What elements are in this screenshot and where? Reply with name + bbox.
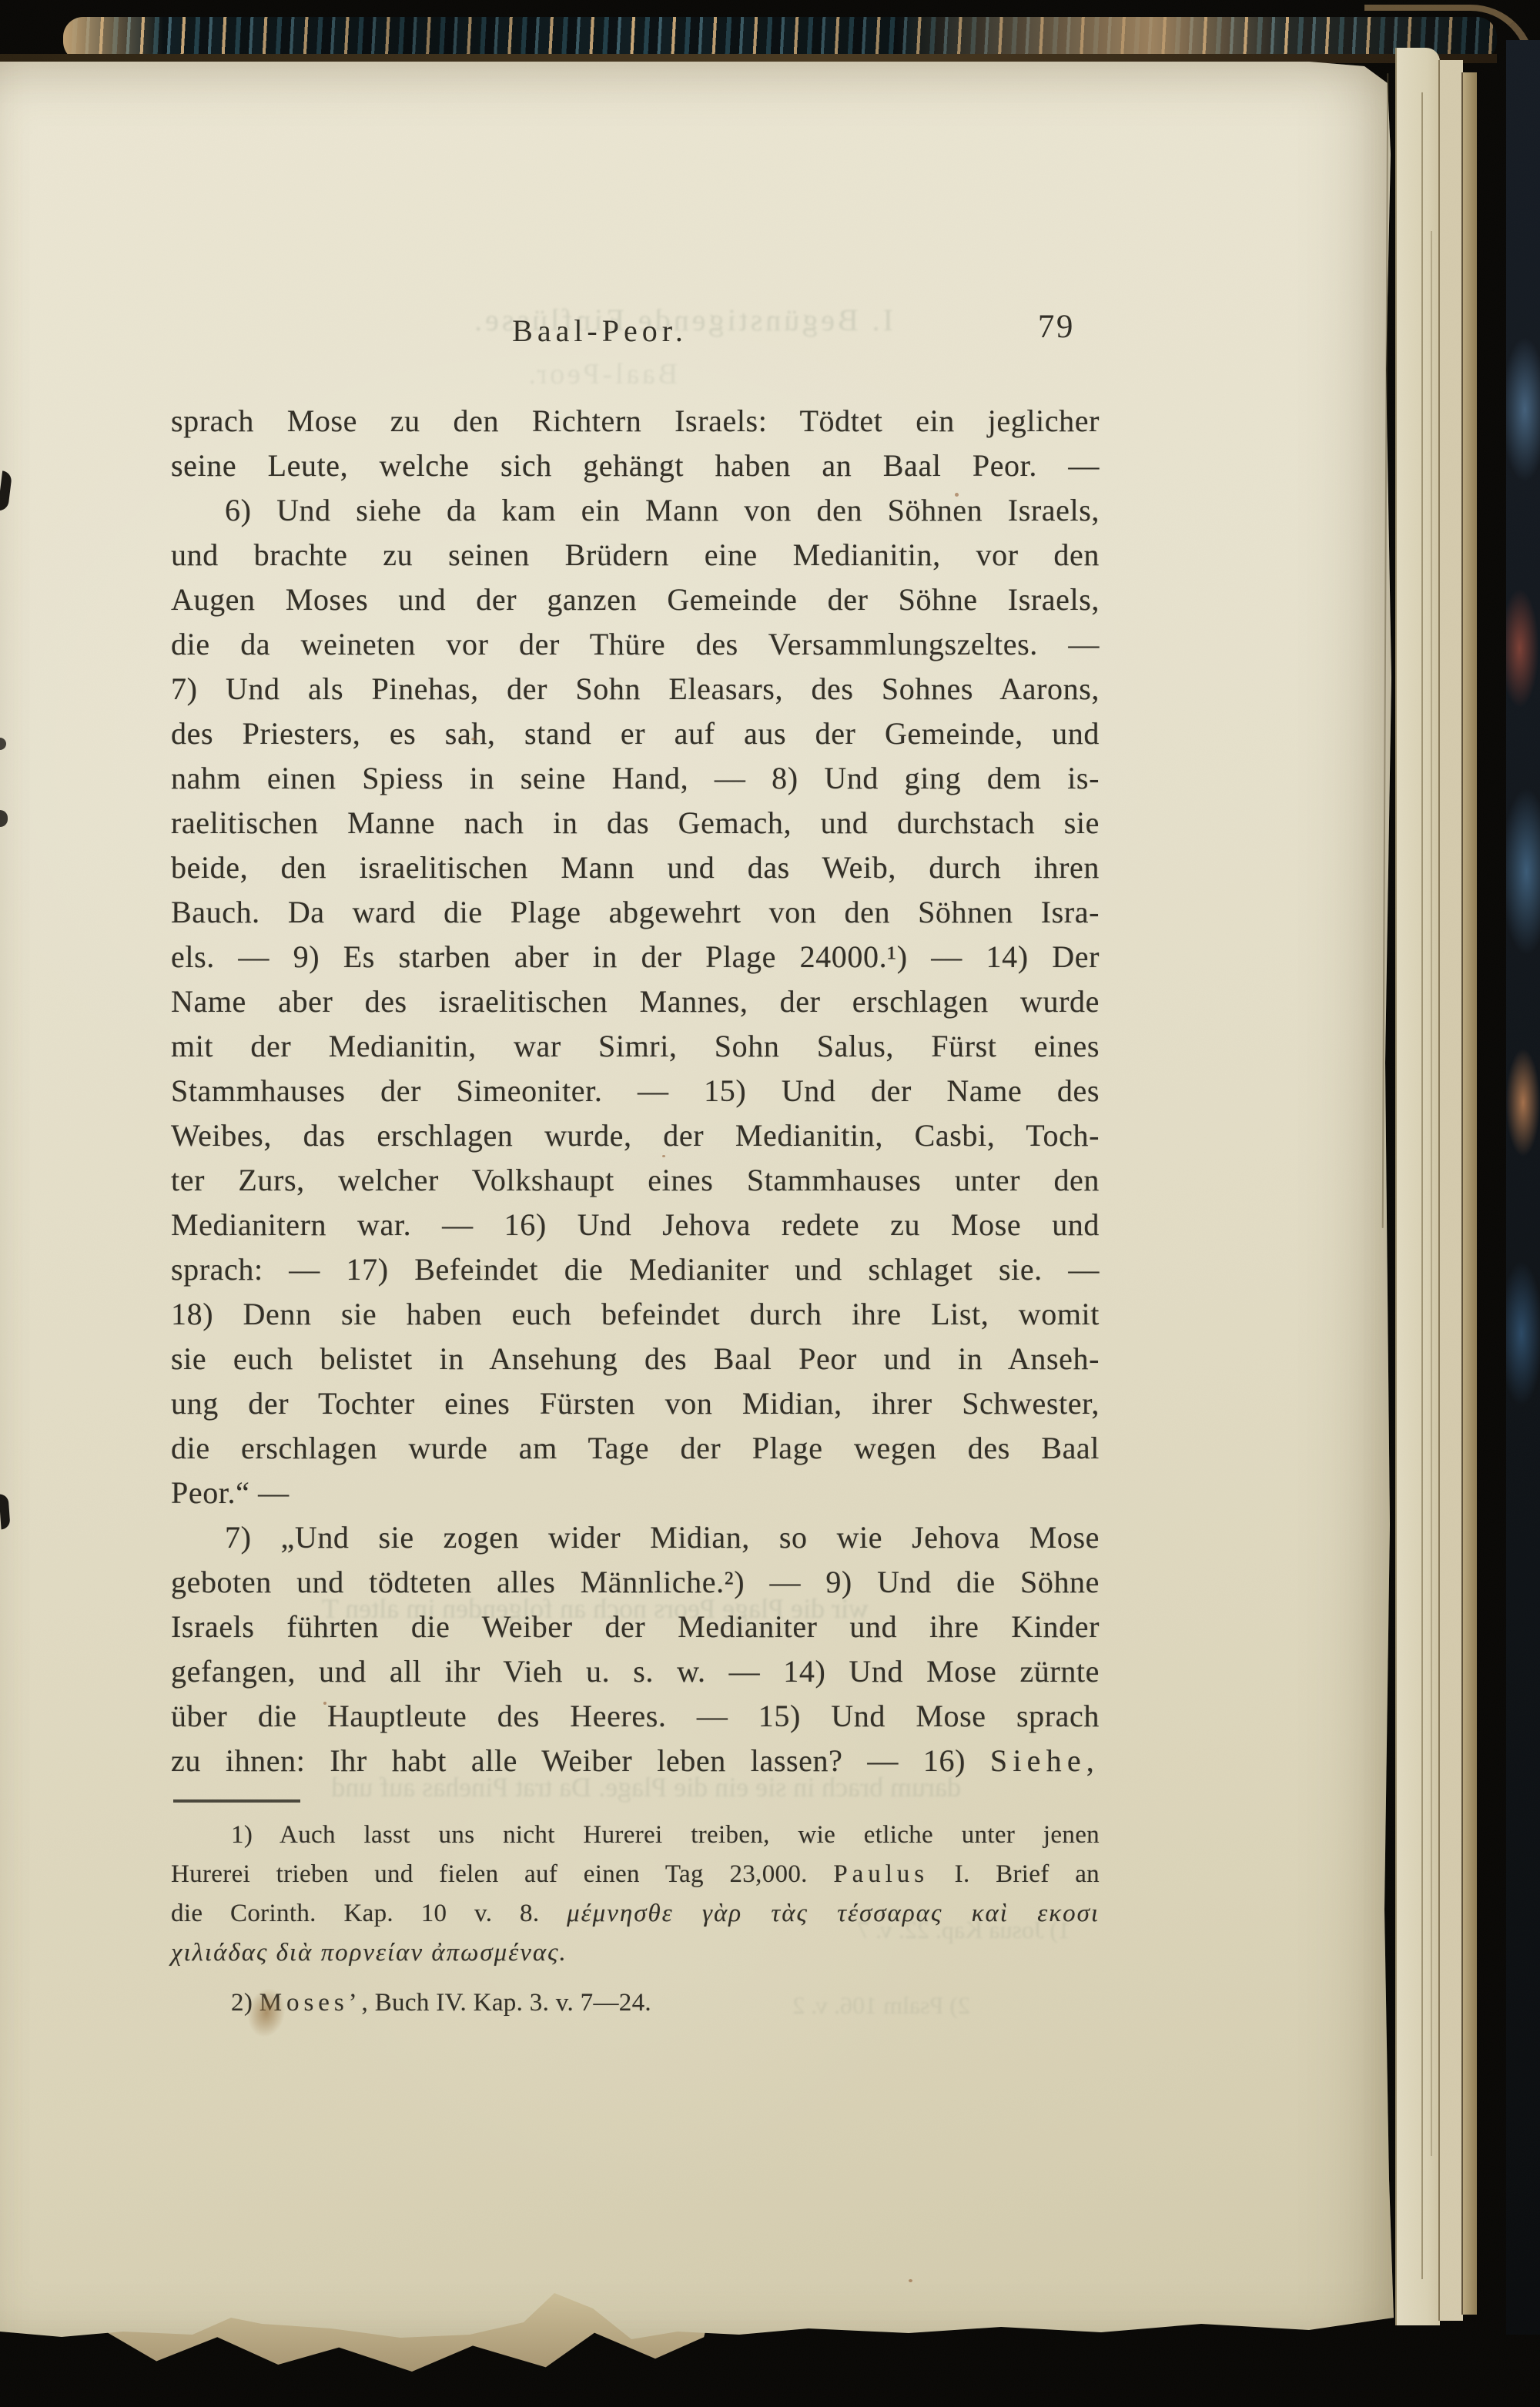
text-line: beide, den israelitischen Mann und das W… <box>171 845 1100 890</box>
text-line: 7) „Und sie zogen wider Midian, so wie J… <box>171 1515 1100 1560</box>
footnote-line: Hurerei trieben und fielen auf einen Tag… <box>171 1855 1100 1894</box>
text-line: Israels führten die Weiber der Medianite… <box>171 1605 1100 1649</box>
margin-mark <box>0 470 12 511</box>
page-number: 79 <box>1038 308 1075 346</box>
paper-speck <box>955 493 959 497</box>
paper-speck <box>471 738 476 741</box>
page-edge-sheet <box>1395 48 1440 2325</box>
text-line: Stammhauses der Simeoniter. — 15) Und de… <box>171 1069 1100 1113</box>
margin-mark <box>0 810 8 827</box>
text-line: des Priesters, es sah, stand er auf aus … <box>171 711 1100 756</box>
text-line: und brachte zu seinen Brüdern eine Media… <box>171 533 1100 577</box>
text-line: sprach: — 17) Befeindet die Medianiter u… <box>171 1247 1100 1292</box>
text-line: gefangen, und all ihr Vieh u. s. w. — 14… <box>171 1649 1100 1694</box>
text-line: raelitischen Manne nach in das Gemach, u… <box>171 801 1100 845</box>
margin-mark <box>0 1494 11 1530</box>
footnote-rule <box>173 1799 300 1803</box>
page-edge-line <box>1431 231 1432 2156</box>
footnote-line: 1) Auch lasst uns nicht Hurerei treiben,… <box>171 1816 1100 1855</box>
book-page: I. Begünstigende Einflüsse. Baal-Peor. w… <box>0 62 1394 2352</box>
text-line: Bauch. Da ward die Plage abgewehrt von d… <box>171 890 1100 935</box>
text-line: 18) Denn sie haben euch befeindet durch … <box>171 1292 1100 1337</box>
text-line: 7) Und als Pinehas, der Sohn Eleasars, d… <box>171 667 1100 711</box>
text-line: zu ihnen: Ihr habt alle Weiber leben las… <box>171 1739 1100 1783</box>
footnote-line: χιλιάδας διὰ πορνείαν ἀπωσμένας. <box>171 1933 1100 1973</box>
text-line: die da weineten vor der Thüre des Versam… <box>171 622 1100 667</box>
text-line: ter Zurs, welcher Volkshaupt eines Stamm… <box>171 1158 1100 1203</box>
text-line: nahm einen Spiess in seine Hand, — 8) Un… <box>171 756 1100 801</box>
text-line: die erschlagen wurde am Tage der Plage w… <box>171 1426 1100 1471</box>
page-edge-sheet <box>1438 60 1463 2321</box>
text-line: über die Hauptleute des Heeres. — 15) Un… <box>171 1694 1100 1739</box>
running-header: Baal-Peor. 79 <box>171 313 1100 360</box>
footnote-line: die Corinth. Kap. 10 v. 8. μέμνησθε γὰρ … <box>171 1894 1100 1933</box>
bleedthrough-text: Baal-Peor. <box>416 357 678 391</box>
margin-mark <box>0 738 6 750</box>
page-title: Baal-Peor. <box>512 313 688 349</box>
text-line: Peor.“ — <box>171 1471 1100 1515</box>
text-line: sprach Mose zu den Richtern Israels: Töd… <box>171 399 1100 444</box>
footnotes: 1) Auch lasst uns nicht Hurerei treiben,… <box>171 1816 1100 2023</box>
page-edge-sheet <box>1461 72 1477 2315</box>
text-line: Augen Moses und der ganzen Gemeinde der … <box>171 577 1100 622</box>
paper-speck <box>909 2279 912 2282</box>
text-line: els. — 9) Es starben aber in der Plage 2… <box>171 935 1100 979</box>
text-line: seine Leute, welche sich gehängt haben a… <box>171 444 1100 488</box>
text-line: Weibes, das erschlagen wurde, der Median… <box>171 1113 1100 1158</box>
body-text: sprach Mose zu den Richtern Israels: Töd… <box>171 399 1100 1783</box>
page-edge-line <box>1421 92 1423 2279</box>
footnote-line: 2) Moses’, Buch IV. Kap. 3. v. 7—24. <box>171 1984 1100 2023</box>
paper-speck <box>662 1155 665 1157</box>
text-line: 6) Und siehe da kam ein Mann von den Söh… <box>171 488 1100 533</box>
text-line: geboten und tödteten alles Männliche.²) … <box>171 1560 1100 1605</box>
text-line: ung der Tochter eines Fürsten von Midian… <box>171 1381 1100 1426</box>
marbled-cover-edge <box>1506 40 1540 2335</box>
book-scan: I. Begünstigende Einflüsse. Baal-Peor. w… <box>0 0 1540 2407</box>
paper-speck <box>323 1702 326 1705</box>
text-line: mit der Medianitin, war Simri, Sohn Salu… <box>171 1024 1100 1069</box>
text-line: Medianitern war. — 16) Und Jehova redete… <box>171 1203 1100 1247</box>
text-line: Name aber des israelitischen Mannes, der… <box>171 979 1100 1024</box>
text-line: sie euch belistet in Ansehung des Baal P… <box>171 1337 1100 1381</box>
